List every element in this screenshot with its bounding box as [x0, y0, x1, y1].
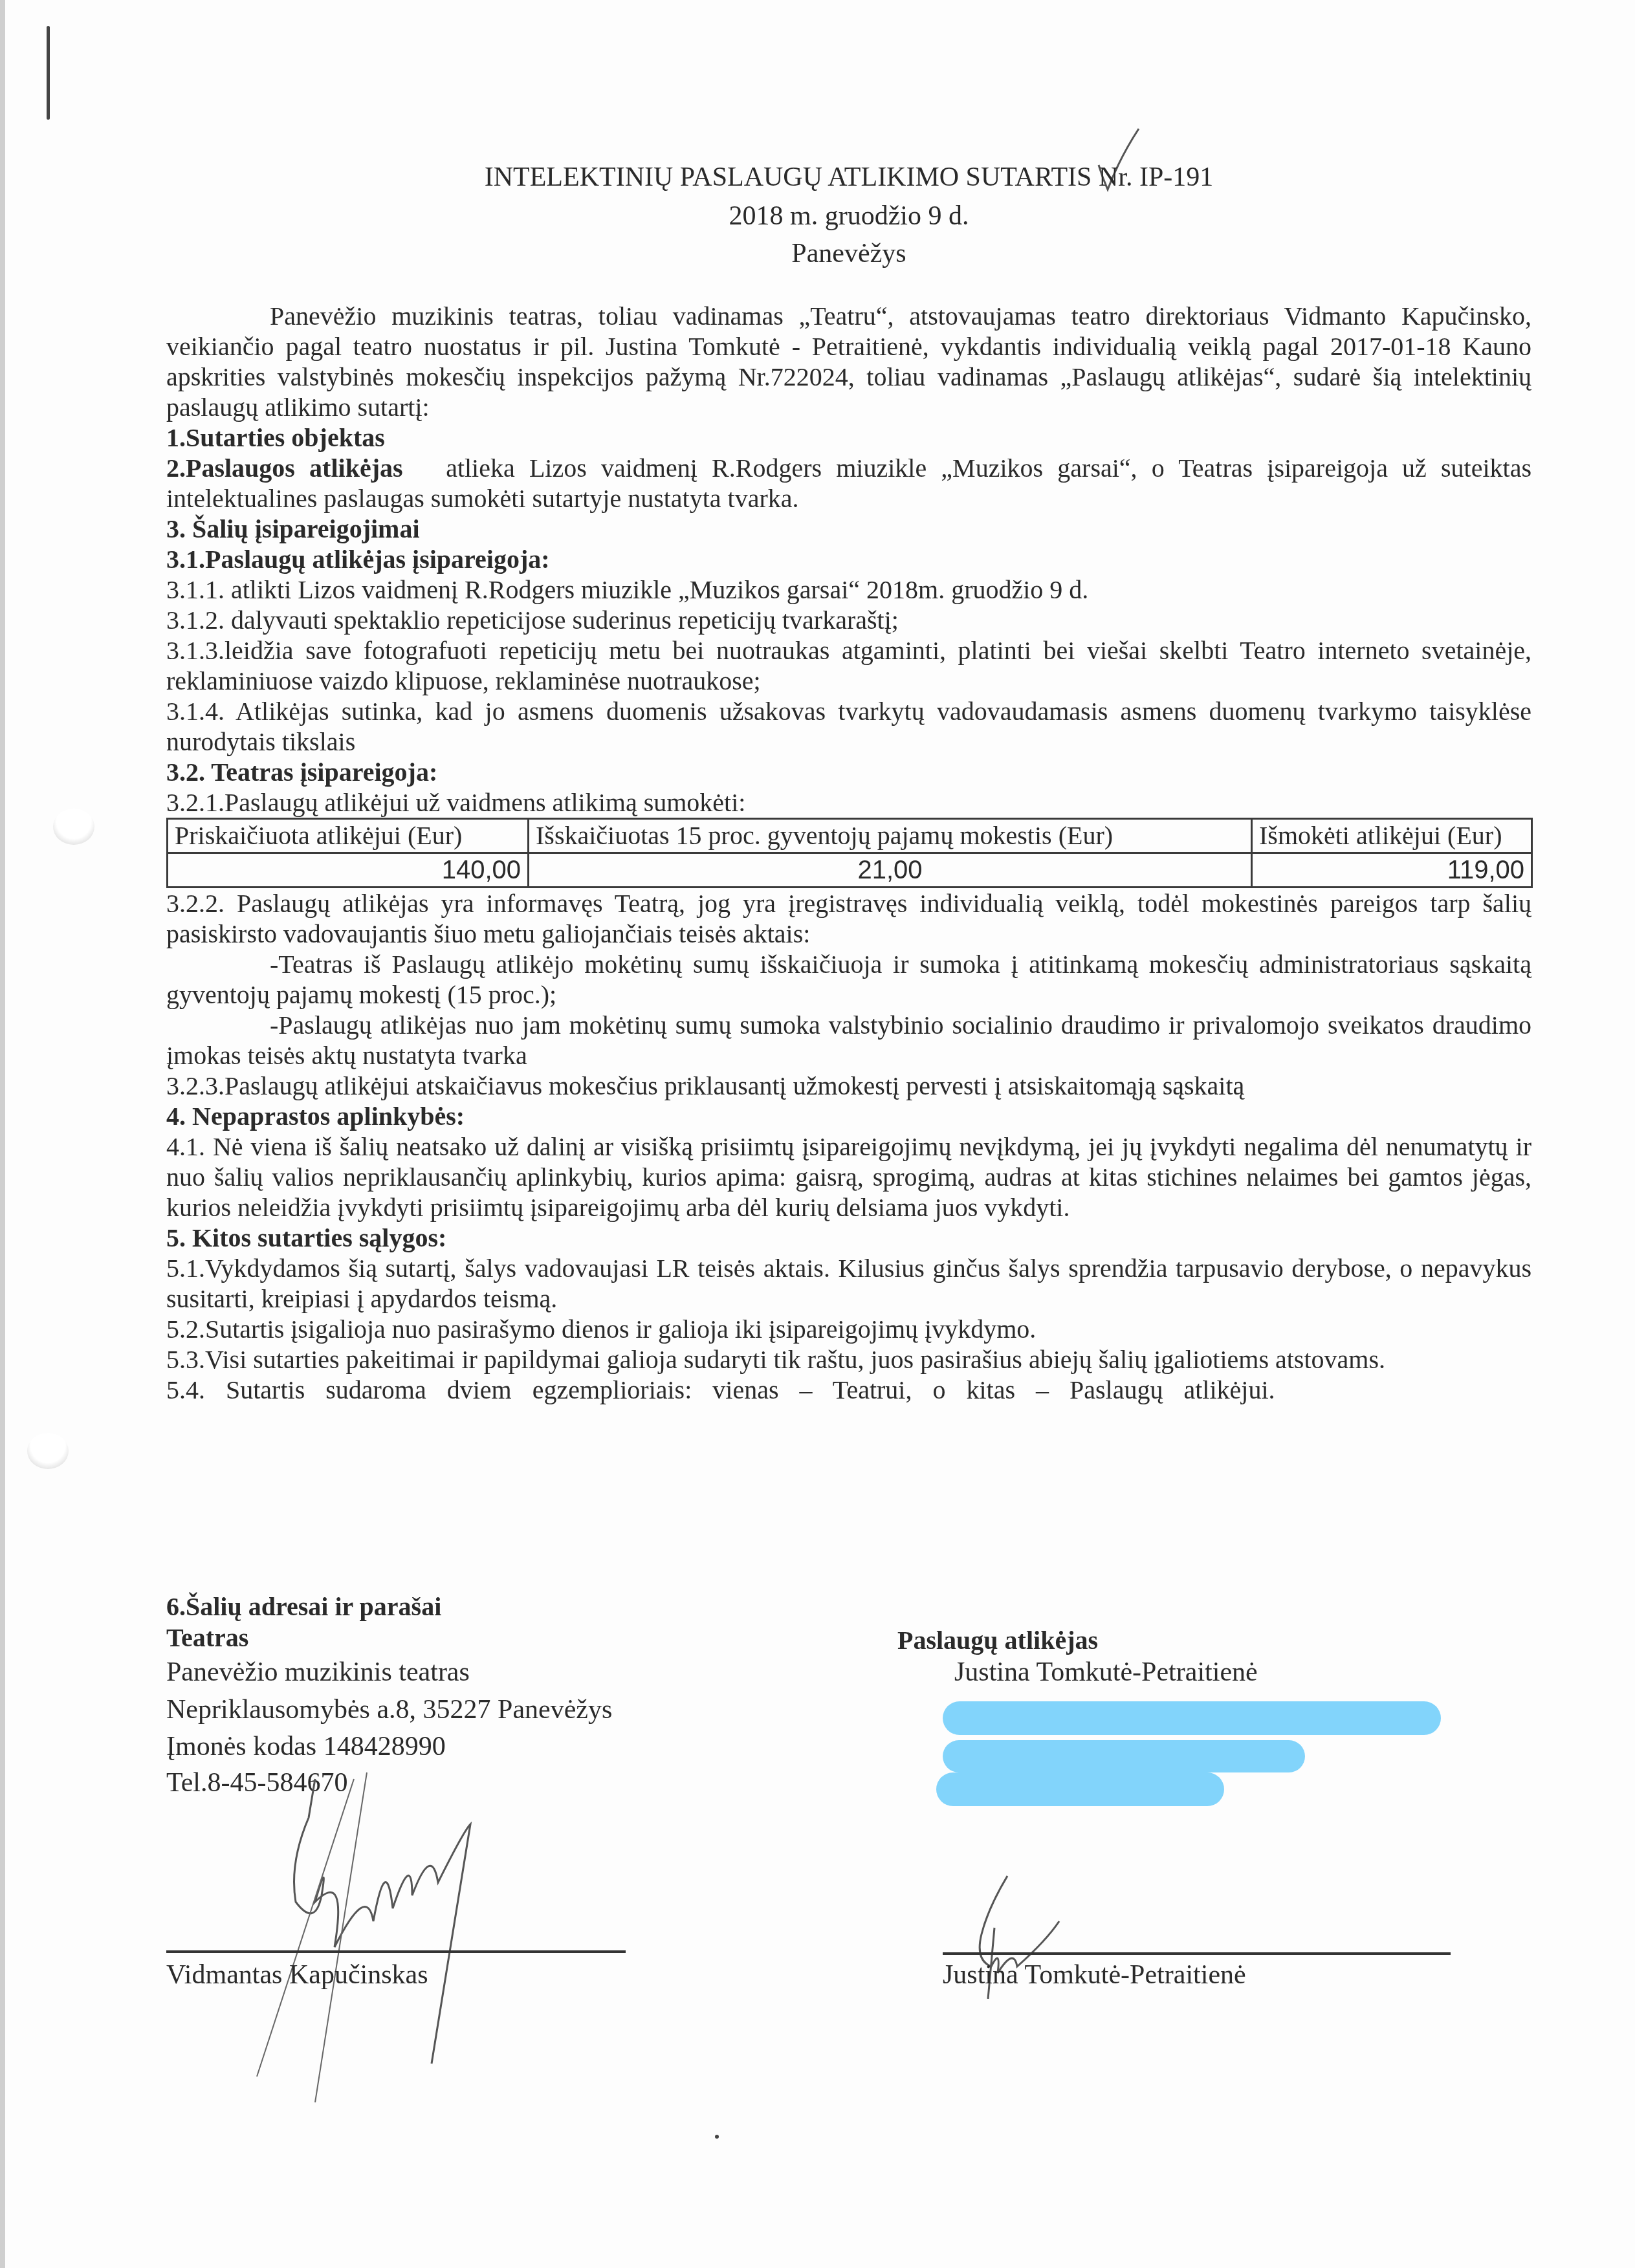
- staple-mark: [47, 26, 50, 120]
- punch-hole-mark: [27, 1433, 69, 1469]
- party-right-label: Paslaugų atlikėjas: [897, 1625, 1098, 1655]
- item-3-1-2: 3.1.2. dalyvauti spektaklio repeticijose…: [166, 605, 1531, 635]
- item-3-2-2: 3.2.2. Paslaugų atlikėjas yra informavęs…: [166, 888, 1531, 949]
- item-4-1: 4.1. Nė viena iš šalių neatsako už dalin…: [166, 1131, 1531, 1223]
- item-3-1-3: 3.1.3.leidžia save fotografuoti repetici…: [166, 635, 1531, 696]
- net-amount: 119,00: [1252, 853, 1532, 888]
- theatre-name: Panevėžio muzikinis teatras: [166, 1657, 470, 1688]
- redacted-field: [936, 1772, 1224, 1806]
- section5-heading: 5. Kitos sutarties sąlygos:: [166, 1223, 1531, 1253]
- item-5-1: 5.1.Vykdydamos šią sutartį, šalys vadova…: [166, 1253, 1531, 1314]
- redacted-field: [943, 1701, 1441, 1735]
- section3-heading: 3. Šalių įsipareigojimai: [166, 514, 1531, 544]
- section1-item2: 2.Paslaugos atlikėjas atlieka Lizos vaid…: [166, 453, 1531, 514]
- section1-heading: 1.Sutarties objektas: [166, 422, 1531, 453]
- item-3-2-3: 3.2.3.Paslaugų atlikėjui atskaičiavus mo…: [166, 1071, 1531, 1101]
- section31-heading: 3.1.Paslaugų atlikėjas įsipareigoja:: [166, 544, 1531, 574]
- table-header-cell: Išmokėti atlikėjui (Eur): [1252, 819, 1532, 853]
- section6-heading: 6.Šalių adresai ir parašai: [166, 1591, 441, 1622]
- party-left-label: Teatras: [166, 1622, 248, 1653]
- contract-date: 2018 m. gruodžio 9 d.: [166, 201, 1531, 232]
- director-signature-line: [166, 1950, 626, 1953]
- contract-city: Panevėžys: [166, 238, 1531, 269]
- director-signature: [218, 1766, 542, 2102]
- item-3-1-4: 3.1.4. Atlikėjas sutinka, kad jo asmens …: [166, 696, 1531, 757]
- scan-speck: [715, 2135, 719, 2139]
- item-3-1-1: 3.1.1. atlikti Lizos vaidmenį R.Rodgers …: [166, 574, 1531, 605]
- table-header-cell: Priskaičiuota atlikėjui (Eur): [168, 819, 529, 853]
- table-header-cell: Išskaičiuotas 15 proc. gyventojų pajamų …: [529, 819, 1252, 853]
- theatre-address: Nepriklausomybės a.8, 35227 Panevėžys: [166, 1695, 612, 1725]
- item-5-4: 5.4. Sutartis sudaroma dviem egzempliori…: [166, 1375, 1531, 1405]
- contract-title: INTELEKTINIŲ PASLAUGŲ ATLIKIMO SUTARTIS …: [166, 162, 1531, 193]
- table-header-row: Priskaičiuota atlikėjui (Eur) Išskaičiuo…: [168, 819, 1532, 853]
- payment-table: Priskaičiuota atlikėjui (Eur) Išskaičiuo…: [166, 818, 1533, 888]
- theatre-company-code: Įmonės kodas 148428990: [166, 1732, 446, 1762]
- item-3-2-2-b: -Paslaugų atlikėjas nuo jam mokėtinų sum…: [166, 1010, 1531, 1071]
- item-5-2: 5.2.Sutartis įsigalioja nuo pasirašymo d…: [166, 1314, 1531, 1344]
- item-3-2-1: 3.2.1.Paslaugų atlikėjui už vaidmens atl…: [166, 787, 1531, 818]
- redacted-field: [943, 1740, 1305, 1772]
- table-row: 140,00 21,00 119,00: [168, 853, 1532, 888]
- intro-paragraph: Panevėžio muzikinis teatras, toliau vadi…: [166, 301, 1531, 422]
- performer-signatory-name: Justina Tomkutė-Petraitienė: [943, 1960, 1246, 1990]
- director-name: Vidmantas Kapučinskas: [166, 1960, 428, 1990]
- tax-amount: 21,00: [529, 853, 1252, 888]
- scan-page-edge: [0, 0, 5, 2268]
- section4-heading: 4. Nepaprastos aplinkybės:: [166, 1101, 1531, 1131]
- item-3-2-2-a: -Teatras iš Paslaugų atlikėjo mokėtinų s…: [166, 949, 1531, 1010]
- punch-hole-mark: [53, 809, 94, 845]
- performer-name: Justina Tomkutė-Petraitienė: [954, 1657, 1258, 1688]
- section32-heading: 3.2. Teatras įsipareigoja:: [166, 757, 1531, 787]
- item-5-3: 5.3.Visi sutarties pakeitimai ir papildy…: [166, 1344, 1531, 1375]
- performer-signature-line: [943, 1952, 1451, 1955]
- gross-amount: 140,00: [168, 853, 529, 888]
